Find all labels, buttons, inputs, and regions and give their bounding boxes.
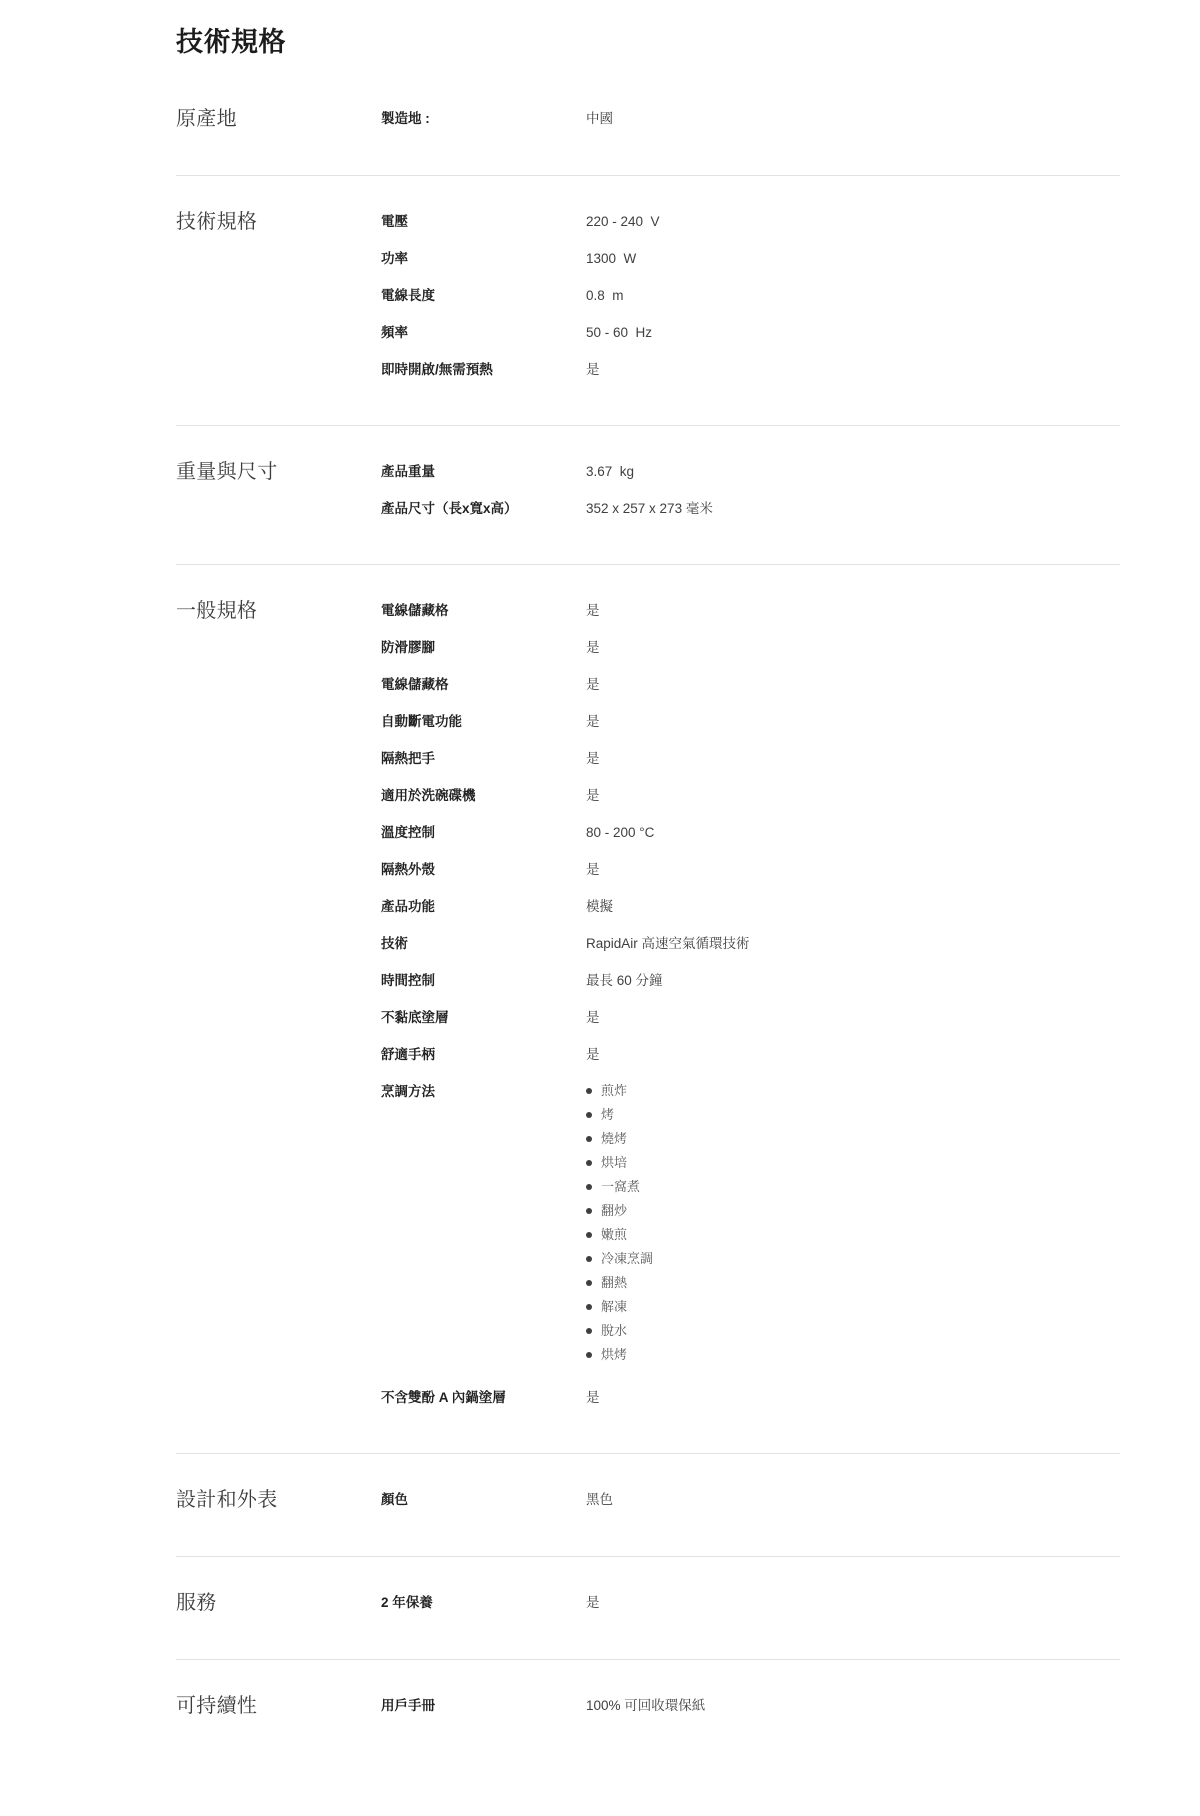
spec-label: 即時開啟/無需預熱 [381,358,586,381]
list-item: 燒烤 [586,1132,1120,1146]
list-item-label: 解凍 [601,1300,627,1314]
spec-row: 產品尺寸（長x寬x高）352 x 257 x 273 毫米 [381,497,1120,520]
spec-label: 2 年保養 [381,1591,586,1614]
spec-label: 功率 [381,247,586,270]
list-item-label: 烤 [601,1108,614,1122]
list-item: 嫩煎 [586,1228,1120,1242]
list-item-label: 翻炒 [601,1204,627,1218]
section-title: 設計和外表 [176,1488,381,1512]
specs-table: 原產地製造地 :中國技術規格電壓220 - 240 V功率1300 W電線長度0… [176,73,1120,1762]
section-title: 服務 [176,1591,381,1615]
list-item-label: 燒烤 [601,1132,627,1146]
spec-row: 烹調方法煎炸烤燒烤烘培一窩煮翻炒嫩煎冷凍烹調翻熱解凍脫水烘烤 [381,1080,1120,1372]
spec-label: 烹調方法 [381,1080,586,1103]
bullet-dot-icon [586,1208,592,1214]
spec-row: 隔熱外殼是 [381,858,1120,881]
section-rows: 2 年保養是 [381,1591,1120,1614]
spec-value: 3.67 kg [586,460,1120,483]
spec-label: 隔熱外殼 [381,858,586,881]
bullet-dot-icon [586,1112,592,1118]
spec-label: 產品尺寸（長x寬x高） [381,497,586,520]
spec-row: 即時開啟/無需預熱是 [381,358,1120,381]
spec-row: 溫度控制80 - 200 °C [381,821,1120,844]
page-title: 技術規格 [176,20,1120,59]
spec-value: 50 - 60 Hz [586,321,1120,344]
bullet-dot-icon [586,1160,592,1166]
spec-value: 是 [586,636,1120,659]
spec-value: 是 [586,1006,1120,1029]
section-rows: 用戶手冊100% 可回收環保紙 [381,1694,1120,1717]
spec-value: 是 [586,784,1120,807]
spec-row: 電線儲藏格是 [381,599,1120,622]
spec-label: 溫度控制 [381,821,586,844]
spec-row: 電壓220 - 240 V [381,210,1120,233]
spec-row: 產品功能模擬 [381,895,1120,918]
spec-value: 是 [586,747,1120,770]
spec-label: 製造地 : [381,107,586,130]
spec-value: RapidAir 高速空氣循環技術 [586,932,1120,955]
spec-section: 原產地製造地 :中國 [176,73,1120,175]
spec-row: 自動斷電功能是 [381,710,1120,733]
spec-row: 電線儲藏格是 [381,673,1120,696]
list-item: 烤 [586,1108,1120,1122]
spec-row: 不黏底塗層是 [381,1006,1120,1029]
spec-row: 舒適手柄是 [381,1043,1120,1066]
bullet-dot-icon [586,1232,592,1238]
spec-section: 可持續性用戶手冊100% 可回收環保紙 [176,1660,1120,1762]
bullet-dot-icon [586,1256,592,1262]
spec-row: 適用於洗碗碟機是 [381,784,1120,807]
list-item-label: 翻熱 [601,1276,627,1290]
spec-label: 時間控制 [381,969,586,992]
spec-label: 顏色 [381,1488,586,1511]
spec-section: 一般規格電線儲藏格是防滑膠腳是電線儲藏格是自動斷電功能是隔熱把手是適用於洗碗碟機… [176,565,1120,1453]
bullet-dot-icon [586,1280,592,1286]
spec-label: 舒適手柄 [381,1043,586,1066]
spec-value: 220 - 240 V [586,210,1120,233]
list-item-label: 冷凍烹調 [601,1252,653,1266]
spec-row: 時間控制最長 60 分鐘 [381,969,1120,992]
section-title: 原產地 [176,107,381,131]
spec-section: 技術規格電壓220 - 240 V功率1300 W電線長度0.8 m頻率50 -… [176,176,1120,425]
section-rows: 電壓220 - 240 V功率1300 W電線長度0.8 m頻率50 - 60 … [381,210,1120,381]
spec-section: 設計和外表顏色黑色 [176,1454,1120,1556]
section-rows: 顏色黑色 [381,1488,1120,1511]
spec-label: 產品功能 [381,895,586,918]
bullet-dot-icon [586,1328,592,1334]
spec-row: 製造地 :中國 [381,107,1120,130]
spec-value: 是 [586,673,1120,696]
list-item-label: 烘烤 [601,1348,627,1362]
list-item: 冷凍烹調 [586,1252,1120,1266]
list-item: 煎炸 [586,1084,1120,1098]
spec-value: 80 - 200 °C [586,821,1120,844]
spec-label: 產品重量 [381,460,586,483]
spec-value: 0.8 m [586,284,1120,307]
spec-row: 功率1300 W [381,247,1120,270]
spec-label: 不黏底塗層 [381,1006,586,1029]
bullet-dot-icon [586,1184,592,1190]
spec-value: 煎炸烤燒烤烘培一窩煮翻炒嫩煎冷凍烹調翻熱解凍脫水烘烤 [586,1080,1120,1372]
spec-value: 模擬 [586,895,1120,918]
spec-value: 是 [586,1591,1120,1614]
spec-value: 是 [586,1386,1120,1409]
spec-row: 2 年保養是 [381,1591,1120,1614]
list-item: 一窩煮 [586,1180,1120,1194]
section-rows: 製造地 :中國 [381,107,1120,130]
spec-row: 用戶手冊100% 可回收環保紙 [381,1694,1120,1717]
spec-row: 技術RapidAir 高速空氣循環技術 [381,932,1120,955]
list-item: 翻炒 [586,1204,1120,1218]
section-rows: 產品重量3.67 kg產品尺寸（長x寬x高）352 x 257 x 273 毫米 [381,460,1120,520]
list-item-label: 嫩煎 [601,1228,627,1242]
spec-label: 適用於洗碗碟機 [381,784,586,807]
spec-value: 黑色 [586,1488,1120,1511]
spec-row: 頻率50 - 60 Hz [381,321,1120,344]
spec-value-list: 煎炸烤燒烤烘培一窩煮翻炒嫩煎冷凍烹調翻熱解凍脫水烘烤 [586,1084,1120,1362]
list-item: 烘烤 [586,1348,1120,1362]
spec-label: 防滑膠腳 [381,636,586,659]
list-item: 翻熱 [586,1276,1120,1290]
spec-value: 是 [586,858,1120,881]
spec-value: 是 [586,358,1120,381]
section-rows: 電線儲藏格是防滑膠腳是電線儲藏格是自動斷電功能是隔熱把手是適用於洗碗碟機是溫度控… [381,599,1120,1409]
section-title: 技術規格 [176,210,381,234]
spec-row: 產品重量3.67 kg [381,460,1120,483]
list-item: 脫水 [586,1324,1120,1338]
spec-section: 服務2 年保養是 [176,1557,1120,1659]
bullet-dot-icon [586,1136,592,1142]
list-item-label: 烘培 [601,1156,627,1170]
spec-label: 用戶手冊 [381,1694,586,1717]
list-item-label: 煎炸 [601,1084,627,1098]
spec-value: 最長 60 分鐘 [586,969,1120,992]
spec-label: 電線長度 [381,284,586,307]
spec-value: 是 [586,1043,1120,1066]
spec-value: 100% 可回收環保紙 [586,1694,1120,1717]
spec-row: 隔熱把手是 [381,747,1120,770]
spec-label: 技術 [381,932,586,955]
spec-label: 自動斷電功能 [381,710,586,733]
section-title: 可持續性 [176,1694,381,1718]
bullet-dot-icon [586,1088,592,1094]
list-item-label: 脫水 [601,1324,627,1338]
section-title: 重量與尺寸 [176,460,381,484]
spec-label: 電線儲藏格 [381,599,586,622]
spec-value: 352 x 257 x 273 毫米 [586,497,1120,520]
specs-page: 技術規格 原產地製造地 :中國技術規格電壓220 - 240 V功率1300 W… [0,0,1200,1816]
list-item-label: 一窩煮 [601,1180,640,1194]
spec-row: 電線長度0.8 m [381,284,1120,307]
spec-section: 重量與尺寸產品重量3.67 kg產品尺寸（長x寬x高）352 x 257 x 2… [176,426,1120,564]
spec-row: 防滑膠腳是 [381,636,1120,659]
spec-value: 是 [586,599,1120,622]
spec-value: 1300 W [586,247,1120,270]
spec-label: 電壓 [381,210,586,233]
list-item: 解凍 [586,1300,1120,1314]
spec-value: 中國 [586,107,1120,130]
bullet-dot-icon [586,1304,592,1310]
section-title: 一般規格 [176,599,381,623]
spec-row: 不含雙酚 A 內鍋塗層是 [381,1386,1120,1409]
spec-label: 頻率 [381,321,586,344]
spec-label: 電線儲藏格 [381,673,586,696]
spec-value: 是 [586,710,1120,733]
bullet-dot-icon [586,1352,592,1358]
spec-row: 顏色黑色 [381,1488,1120,1511]
list-item: 烘培 [586,1156,1120,1170]
spec-label: 隔熱把手 [381,747,586,770]
spec-label: 不含雙酚 A 內鍋塗層 [381,1386,586,1409]
